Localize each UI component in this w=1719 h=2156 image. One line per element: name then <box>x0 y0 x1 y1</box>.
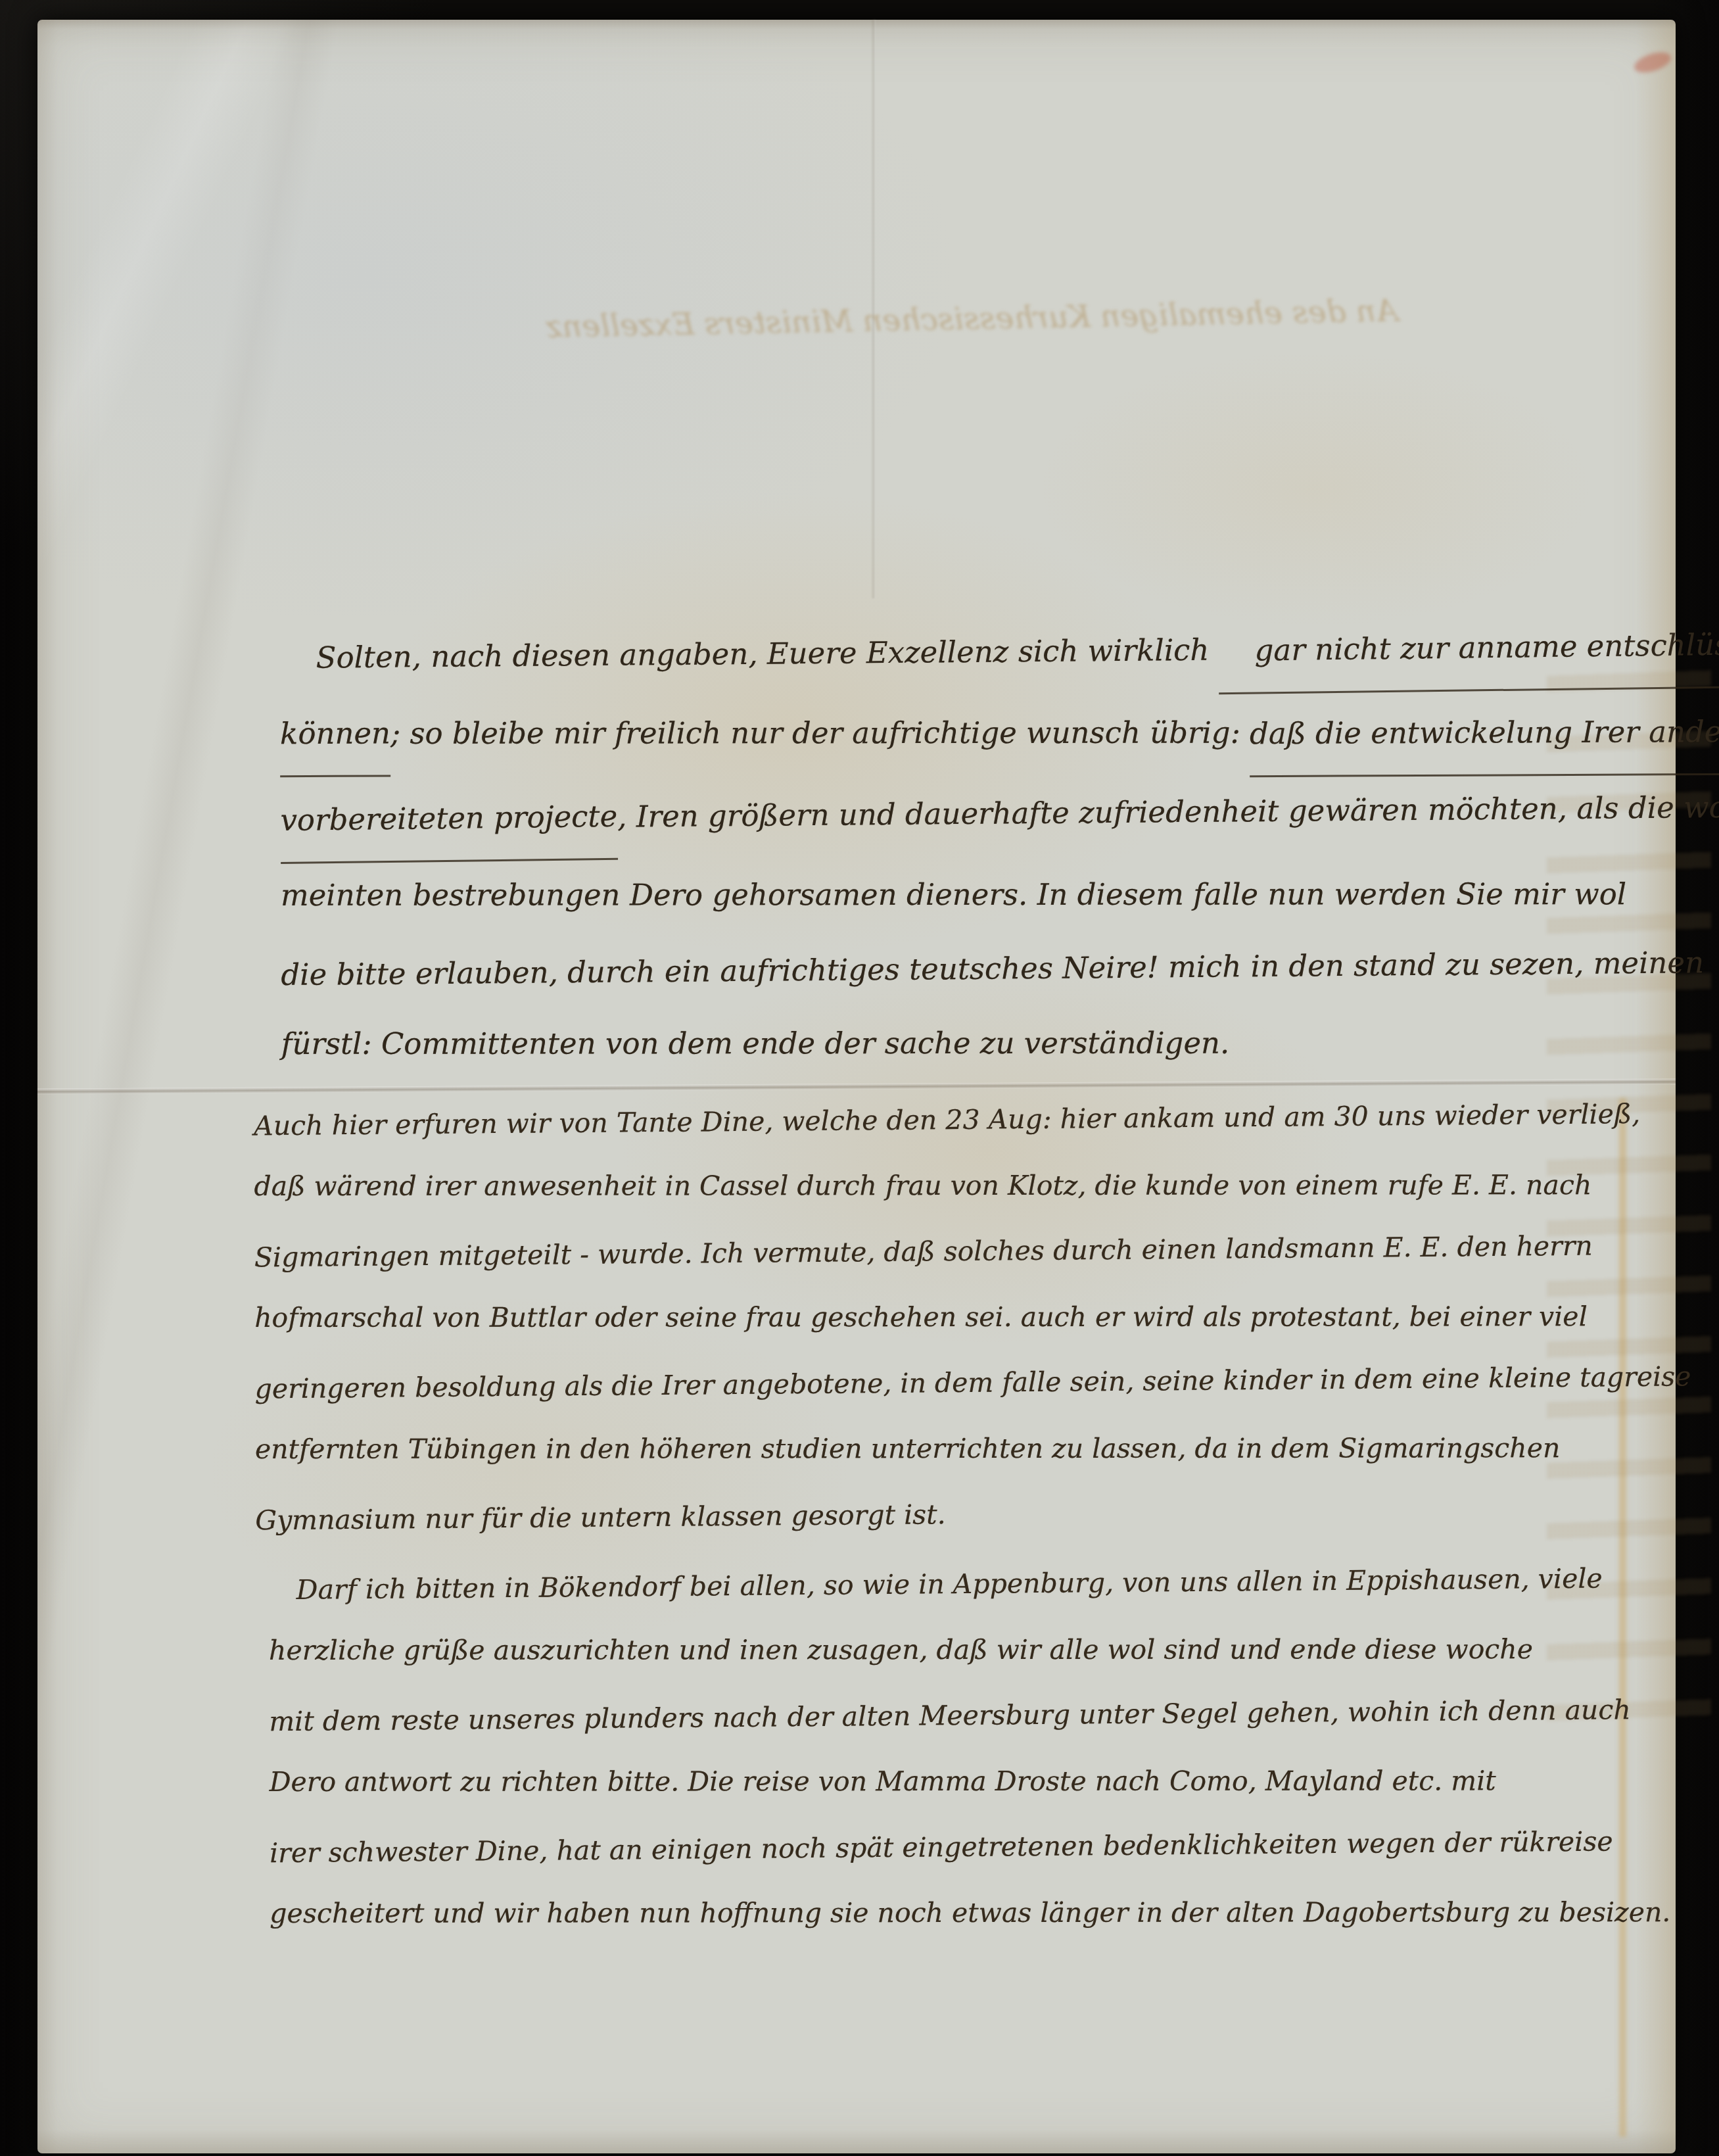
text-segment: , Iren größern und dauerhafte zufriedenh… <box>617 789 1719 834</box>
letter-line: Sigmaringen mitgeteilt - wurde. Ich verm… <box>254 1212 1656 1291</box>
letter-paragraph: Darf ich bitten in Bökendorf bei allen, … <box>268 1548 1658 1948</box>
text-segment: ; so bleibe mir freilich nur der aufrich… <box>390 715 1250 751</box>
text-segment: herzliche grüße auszurichten und inen zu… <box>269 1633 1533 1666</box>
letter-line: meinten bestrebungen Dero gehorsamen die… <box>281 857 1655 932</box>
text-segment: gescheitert und wir haben nun hoffnung s… <box>270 1896 1670 1929</box>
text-segment: meinten bestrebungen Dero gehorsamen die… <box>281 876 1626 913</box>
underlined-phrase: gar nicht zur anname entschlüssen <box>1218 607 1719 694</box>
text-segment: daß wärend irer anwesenheit in Cassel du… <box>254 1169 1591 1202</box>
letter-paragraph: Auch hier erfuren wir von Tante Dine, we… <box>254 1084 1657 1549</box>
text-segment: geringeren besoldung als die Irer angebo… <box>254 1360 1691 1404</box>
text-segment: irer schwester Dine, hat an einigen noch… <box>270 1825 1613 1869</box>
letter-line: geringeren besoldung als die Irer angebo… <box>254 1344 1657 1422</box>
letter-line: daß wärend irer anwesenheit in Cassel du… <box>254 1152 1655 1219</box>
letter-line: entfernten Tübingen in den höheren studi… <box>255 1415 1657 1482</box>
text-segment: hofmarschal von Buttlar oder seine frau … <box>254 1301 1588 1333</box>
text-segment: die bitte erlauben, durch ein aufrichtig… <box>281 945 1704 992</box>
text-segment: Auch hier erfuren wir von Tante Dine, we… <box>254 1098 1640 1141</box>
letter-line: fürstl: Committenten von dem ende der sa… <box>281 1005 1655 1081</box>
text-segment: Sigmaringen mitgeteilt - wurde. Ich verm… <box>254 1230 1593 1274</box>
text-segment: mit dem reste unseres plunders nach der … <box>269 1694 1631 1737</box>
text-segment: Darf ich bitten in Bökendorf bei allen, … <box>296 1563 1602 1606</box>
letter-line: irer schwester Dine, hat an einigen noch… <box>270 1808 1659 1886</box>
letter-line: die bitte erlauben, durch ein aufrichtig… <box>281 926 1655 1012</box>
letter-line: hofmarschal von Buttlar oder seine frau … <box>254 1283 1656 1351</box>
text-segment: Dero antwort zu richten bitte. Die reise… <box>270 1765 1496 1798</box>
letter-line: mit dem reste unseres plunders nach der … <box>269 1677 1658 1754</box>
underlined-phrase: daß die entwickelung Irer anderwärts <box>1250 694 1719 777</box>
letter-sheet: An des ehemaligen Kurhessischen Minister… <box>37 20 1676 2153</box>
letter-line: vorbereiteten projecte, Iren größern und… <box>280 771 1655 863</box>
letter-line: Solten, nach diesen angaben, Euere Exzel… <box>279 609 1654 702</box>
letter-line: Auch hier erfuren wir von Tante Dine, we… <box>254 1081 1656 1159</box>
scan-background: An des ehemaligen Kurhessischen Minister… <box>0 0 1719 2156</box>
text-segment: entfernten Tübingen in den höheren studi… <box>255 1432 1561 1465</box>
text-segment: Solten, nach diesen angaben, Euere Exzel… <box>316 633 1218 675</box>
letter-line: herzliche grüße auszurichten und inen zu… <box>269 1616 1657 1683</box>
letter-paragraph: Solten, nach diesen angaben, Euere Exzel… <box>279 612 1655 1082</box>
bleedthrough-text: An des ehemaligen Kurhessischen Minister… <box>373 293 1399 348</box>
red-corner-mark <box>1632 49 1673 77</box>
letter-line: Dero antwort zu richten bitte. Die reise… <box>270 1748 1658 1815</box>
letter-line: können; so bleibe mir freilich nur der a… <box>280 695 1654 777</box>
underlined-phrase: können <box>280 696 390 777</box>
underlined-phrase: vorbereiteten projecte <box>280 779 618 864</box>
text-segment: fürstl: Committenten von dem ende der sa… <box>281 1026 1230 1061</box>
letter-line: gescheitert und wir haben nun hoffnung s… <box>270 1879 1658 1946</box>
letter-line: Darf ich bitten in Bökendorf bei allen, … <box>268 1545 1657 1623</box>
text-segment: Gymnasium nur für die untern klassen ges… <box>255 1498 946 1536</box>
letter-line: Gymnasium nur für die untern klassen ges… <box>255 1475 1657 1554</box>
letter-body: Solten, nach diesen angaben, Euere Exzel… <box>279 612 1658 1948</box>
